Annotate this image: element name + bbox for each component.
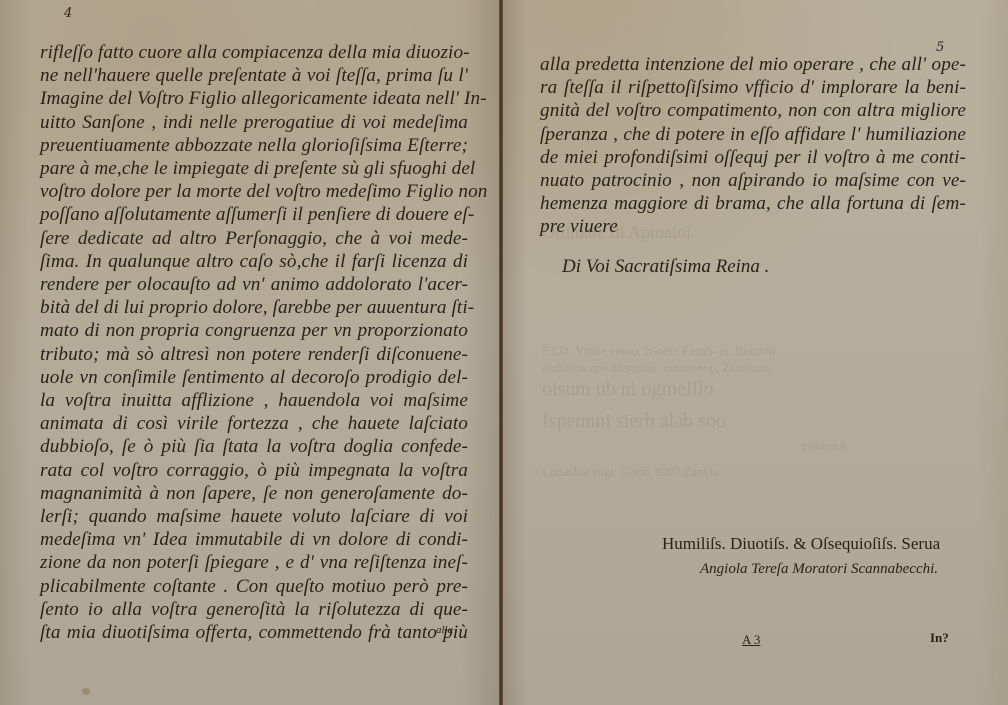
- text-line: zione da non poterſi ſpiegare , e d' vna…: [40, 551, 468, 574]
- text-line: ſere dedicate ad altro Perſonaggio, che …: [40, 227, 468, 250]
- text-line: de miei profondiſsimi oſſequj per il voſ…: [540, 146, 966, 169]
- text-line: nuato patrocinio , non aſpirando io maſs…: [540, 169, 966, 192]
- text-line: la voſtra inuitta afflizione , hauendola…: [40, 389, 468, 412]
- text-line: pre viuere: [540, 215, 966, 238]
- text-line: rata col voſtro corraggio, ò più impegna…: [40, 459, 468, 482]
- text-line: magnanimità à non ſapere, ſe non generoſ…: [40, 482, 468, 505]
- right-page-body: alla predetta intenzione del mio operare…: [540, 53, 966, 239]
- text-line: animata di così virile fortezza , che ha…: [40, 412, 468, 435]
- text-line: alla predetta intenzione del mio operare…: [540, 53, 966, 76]
- signature-mark: A 3: [742, 632, 760, 648]
- text-line: ſento io alla voſtra generoſità la riſol…: [40, 598, 468, 621]
- text-line: rifleſſo fatto cuore alla compiacenza de…: [40, 41, 468, 64]
- text-line: poſſano aſſolutamente aſſumerſi il penſi…: [40, 203, 468, 226]
- text-line: voſtro dolore per la morte del voſtro me…: [40, 180, 468, 203]
- text-line: ſperanza , che di potere in eſſo affidar…: [540, 123, 966, 146]
- bleedthrough-text: oisum ub ni ogmeIllo: [542, 378, 972, 401]
- book-spread: 4 rifleſſo fatto cuore alla compiacenza …: [0, 0, 1008, 705]
- bleedthrough-text: cvsaouA: [802, 438, 1008, 454]
- signature-title: Humiliſs. Diuotiſs. & Oſsequioſiſs. Seru…: [662, 534, 940, 554]
- text-line: uitto Sanſone , indi nelle prerogatiue d…: [40, 111, 468, 134]
- text-line: lerſi; quando maſsime hauete voluto laſc…: [40, 505, 468, 528]
- right-page: 5 Ordinare di Apmatoi F.I.D. Vinile eemo…: [502, 0, 1008, 705]
- text-line: medeſima vn' Idea immutabile di vn dolor…: [40, 528, 468, 551]
- bleedthrough-text: Ldnasloe rugi. Gerfo 1007 Zanvia: [542, 464, 972, 480]
- left-page-body: rifleſſo fatto cuore alla compiacenza de…: [40, 41, 468, 644]
- closing-salutation: Di Voi Sacratiſsima Reina .: [562, 256, 769, 278]
- text-line: pare à me,che le impiegate di preſente s…: [40, 157, 468, 180]
- catchword-left: alla: [436, 624, 453, 636]
- page-number-left: 4: [64, 6, 72, 21]
- text-line: Imagine del Voſtro Figlio allegoricament…: [40, 87, 468, 110]
- text-line: preuentiuamente abbozzate nella glorioſi…: [40, 134, 468, 157]
- text-line: rendere per olocauſto ad vn' animo addol…: [40, 273, 468, 296]
- text-line: tributo; mà sò altresì non potere render…: [40, 343, 468, 366]
- text-line: plicabilmente coſtante . Con queſto moti…: [40, 575, 468, 598]
- left-page: 4 rifleſſo fatto cuore alla compiacenza …: [0, 0, 500, 705]
- bleedthrough-text: F.I.D. Vinile eemo, Ir-cere Eemb- is. Il…: [542, 343, 972, 359]
- text-line: gnità del voſtro compatimento, non con a…: [540, 99, 966, 122]
- text-line: dubbioſo, ſe ò più ſia ſtata la voſtra d…: [40, 435, 468, 458]
- bleedthrough-text: Ispennni sierb alab soo: [542, 410, 972, 433]
- text-line: ne nell'hauere quelle preſentate à voi ſ…: [40, 64, 468, 87]
- text-line: ſima. In qualunque altro caſo sò,che il …: [40, 250, 468, 273]
- signature-name: Angiola Tereſa Moratori Scannabecchi.: [700, 561, 938, 578]
- text-line: bità del di lui proprio dolore, ſarebbe …: [40, 296, 468, 319]
- text-line: mato di non propria congruenza per vn pr…: [40, 319, 468, 342]
- bleedthrough-text: osdsiebs epe dfemaiiu, uibsoeeop, Zsiulc…: [542, 360, 972, 376]
- text-line: uole vn conſimile ſentimento al decoroſo…: [40, 366, 468, 389]
- catchword-right: In?: [930, 630, 949, 646]
- text-line: ſta mia diuotiſsima offerta, commettendo…: [40, 621, 468, 644]
- text-line: hemenza maggiore di brama, che alla fort…: [540, 192, 966, 215]
- paper-stain: [82, 688, 90, 695]
- text-line: ra ſteſſa il riſpettoſiſsimo vfficio d' …: [540, 76, 966, 99]
